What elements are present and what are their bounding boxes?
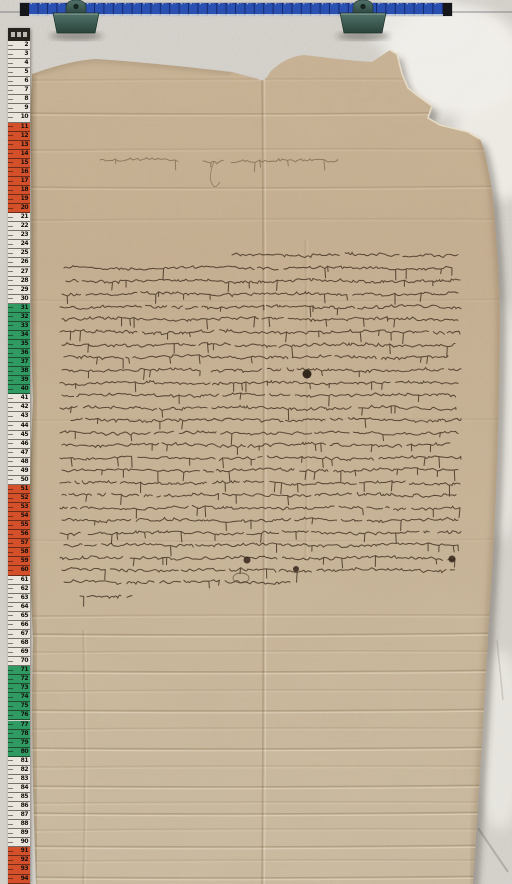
tape-cell: 71 <box>8 666 30 675</box>
tape-number: 73 <box>21 685 28 691</box>
tape-cell: 81 <box>8 757 30 766</box>
tape-number: 15 <box>21 160 28 166</box>
tape-cell: 47 <box>8 449 30 458</box>
tape-number: 38 <box>21 368 28 374</box>
tape-number: 43 <box>21 413 28 419</box>
tape-number: 45 <box>21 432 28 438</box>
tape-cell: 79 <box>8 739 30 748</box>
tape-number: 30 <box>21 296 28 302</box>
tape-number: 55 <box>21 522 28 528</box>
tape-number: 71 <box>21 667 28 673</box>
tape-cell: 65 <box>8 612 30 621</box>
tape-cell: 26 <box>8 258 30 267</box>
tape-cell: 9 <box>8 104 30 113</box>
tape-cell: 38 <box>8 367 30 376</box>
tape-number: 85 <box>21 794 28 800</box>
tape-cell: 83 <box>8 775 30 784</box>
tape-number: 94 <box>21 876 28 882</box>
tape-number: 22 <box>21 223 28 229</box>
tape-number: 34 <box>21 332 28 338</box>
tape-number: 33 <box>21 323 28 329</box>
tape-cell: 8 <box>8 95 30 104</box>
tape-cell: 74 <box>8 693 30 702</box>
tape-cell: 2 <box>8 41 30 50</box>
manuscript-paper <box>20 40 512 884</box>
tape-cell: 68 <box>8 639 30 648</box>
tape-cell: 85 <box>8 793 30 802</box>
tape-cell: 24 <box>8 240 30 249</box>
tape-cell: 88 <box>8 820 30 829</box>
tape-number: 40 <box>21 386 28 392</box>
tape-cell: 27 <box>8 268 30 277</box>
tape-cell: 3 <box>8 50 30 59</box>
tape-number: 46 <box>21 441 28 447</box>
tape-cell: 13 <box>8 141 30 150</box>
tape-cell: 21 <box>8 213 30 222</box>
tape-number: 56 <box>21 531 28 537</box>
tape-number: 70 <box>21 658 28 664</box>
tape-number: 27 <box>21 269 28 275</box>
tape-cell: 69 <box>8 648 30 657</box>
tape-number: 36 <box>21 350 28 356</box>
tape-number: 49 <box>21 468 28 474</box>
tape-number: 76 <box>21 712 28 718</box>
tape-cell: 70 <box>8 657 30 666</box>
tape-cell: 43 <box>8 412 30 421</box>
tape-cell: 72 <box>8 675 30 684</box>
tape-cell: 55 <box>8 521 30 530</box>
tape-number: 92 <box>21 857 28 863</box>
tape-cell: 92 <box>8 856 30 865</box>
tape-number: 48 <box>21 459 28 465</box>
tape-cell: 15 <box>8 159 30 168</box>
tape-number: 23 <box>21 232 28 238</box>
tape-cell: 73 <box>8 684 30 693</box>
tape-cell: 12 <box>8 132 30 141</box>
tape-number: 52 <box>21 495 28 501</box>
tape-cell: 16 <box>8 168 30 177</box>
tape-cell: 31 <box>8 304 30 313</box>
tape-cell: 93 <box>8 865 30 874</box>
tape-number: 50 <box>21 477 28 483</box>
tape-cell: 53 <box>8 503 30 512</box>
tape-number: 11 <box>21 124 28 130</box>
tape-cell: 33 <box>8 322 30 331</box>
tape-cell: 64 <box>8 603 30 612</box>
tape-cell: 77 <box>8 721 30 730</box>
tape-number: 7 <box>24 87 28 93</box>
tape-number: 89 <box>21 830 28 836</box>
ruler-end-cap-left <box>20 3 29 16</box>
tape-cell: 30 <box>8 295 30 304</box>
tape-cell: 87 <box>8 811 30 820</box>
tape-cell: 32 <box>8 313 30 322</box>
tape-number: 14 <box>21 151 28 157</box>
tape-number: 58 <box>21 549 28 555</box>
tape-cell: 62 <box>8 585 30 594</box>
tape-number: 24 <box>21 241 28 247</box>
tape-number: 68 <box>21 640 28 646</box>
tape-number: 81 <box>21 758 28 764</box>
tape-number: 35 <box>21 341 28 347</box>
tape-number: 41 <box>21 395 28 401</box>
tape-number: 37 <box>21 359 28 365</box>
tape-cell: 28 <box>8 277 30 286</box>
scene-svg <box>0 0 512 884</box>
tape-number: 78 <box>21 731 28 737</box>
tape-cell: 44 <box>8 422 30 431</box>
tape-number: 65 <box>21 613 28 619</box>
tape-number: 12 <box>21 133 28 139</box>
tape-number: 16 <box>21 169 28 175</box>
tape-cell: 46 <box>8 440 30 449</box>
tape-number: 6 <box>24 78 28 84</box>
tape-number: 32 <box>21 314 28 320</box>
tape-cell: 40 <box>8 385 30 394</box>
tape-cell: 48 <box>8 458 30 467</box>
tape-cell: 75 <box>8 702 30 711</box>
tape-number: 63 <box>21 595 28 601</box>
tape-number: 57 <box>21 540 28 546</box>
tape-cell: 22 <box>8 222 30 231</box>
tape-number: 62 <box>21 586 28 592</box>
tape-cell: 82 <box>8 766 30 775</box>
tape-cell: 61 <box>8 576 30 585</box>
tape-cell: 52 <box>8 494 30 503</box>
tape-number: 64 <box>21 604 28 610</box>
tape-cell: 63 <box>8 594 30 603</box>
tape-number: 18 <box>21 187 28 193</box>
tape-end-cap <box>8 28 30 41</box>
tape-cell: 89 <box>8 829 30 838</box>
tape-cell: 29 <box>8 286 30 295</box>
tape-number: 80 <box>21 749 28 755</box>
tape-number: 47 <box>21 450 28 456</box>
tape-number: 91 <box>21 848 28 854</box>
tape-cell: 84 <box>8 784 30 793</box>
tape-cell: 94 <box>8 875 30 884</box>
tape-number: 87 <box>21 812 28 818</box>
tape-cell: 17 <box>8 177 30 186</box>
tape-number: 26 <box>21 259 28 265</box>
tape-number: 5 <box>24 69 28 75</box>
tape-cell: 56 <box>8 530 30 539</box>
tape-cell: 25 <box>8 249 30 258</box>
tape-cell: 36 <box>8 349 30 358</box>
tape-cell: 91 <box>8 847 30 856</box>
tape-number: 42 <box>21 404 28 410</box>
tape-number: 28 <box>21 278 28 284</box>
tape-cell: 6 <box>8 77 30 86</box>
tape-cell: 58 <box>8 548 30 557</box>
tape-cell: 50 <box>8 476 30 485</box>
tape-number: 82 <box>21 767 28 773</box>
tape-cell: 4 <box>8 59 30 68</box>
tape-number: 61 <box>21 577 28 583</box>
tape-cell: 76 <box>8 711 30 720</box>
tape-cell: 80 <box>8 748 30 757</box>
tape-number: 39 <box>21 377 28 383</box>
tape-number: 75 <box>21 703 28 709</box>
tape-cell: 90 <box>8 838 30 847</box>
tape-cell: 66 <box>8 621 30 630</box>
tape-cell: 59 <box>8 557 30 566</box>
tape-number: 54 <box>21 513 28 519</box>
tape-cell: 86 <box>8 802 30 811</box>
tape-number: 67 <box>21 631 28 637</box>
tape-number: 88 <box>21 821 28 827</box>
tape-number: 74 <box>21 694 28 700</box>
tape-number: 83 <box>21 776 28 782</box>
tape-cell: 19 <box>8 195 30 204</box>
tape-number: 79 <box>21 740 28 746</box>
tape-cell: 10 <box>8 113 30 122</box>
tape-number: 2 <box>24 42 28 48</box>
tape-number: 90 <box>21 839 28 845</box>
tape-cell: 35 <box>8 340 30 349</box>
tape-cell: 23 <box>8 231 30 240</box>
tape-number: 20 <box>21 205 28 211</box>
tape-cell: 7 <box>8 86 30 95</box>
tape-cell: 49 <box>8 467 30 476</box>
tape-number: 21 <box>21 214 28 220</box>
tape-cell: 41 <box>8 394 30 403</box>
tape-number: 66 <box>21 622 28 628</box>
tape-number: 9 <box>24 105 28 111</box>
tape-number: 84 <box>21 785 28 791</box>
tape-number: 93 <box>21 866 28 872</box>
tape-number: 25 <box>21 250 28 256</box>
tape-number: 53 <box>21 504 28 510</box>
tape-cell: 67 <box>8 630 30 639</box>
tape-number: 8 <box>24 96 28 102</box>
tape-number: 59 <box>21 558 28 564</box>
tape-cell: 57 <box>8 539 30 548</box>
photo-scene: 2345678910111213141516171819202122232425… <box>0 0 512 884</box>
tape-cell: 37 <box>8 358 30 367</box>
tape-number: 10 <box>21 114 28 120</box>
tape-cell: 18 <box>8 186 30 195</box>
tape-cell: 5 <box>8 68 30 77</box>
tape-number: 44 <box>21 423 28 429</box>
tape-cell: 11 <box>8 123 30 132</box>
tape-number: 17 <box>21 178 28 184</box>
tape-number: 60 <box>21 567 28 573</box>
tape-number: 31 <box>21 305 28 311</box>
tape-cell: 14 <box>8 150 30 159</box>
ruler-end-cap-right <box>443 3 452 16</box>
tape-cell: 60 <box>8 566 30 575</box>
tape-number: 51 <box>21 486 28 492</box>
tape-number: 86 <box>21 803 28 809</box>
vertical-measuring-tape: 2345678910111213141516171819202122232425… <box>8 28 30 884</box>
tape-cell: 20 <box>8 204 30 213</box>
tape-cell: 54 <box>8 512 30 521</box>
tape-number: 4 <box>24 60 28 66</box>
tape-cell: 39 <box>8 376 30 385</box>
tape-number: 77 <box>21 722 28 728</box>
tape-number: 29 <box>21 287 28 293</box>
tape-number: 69 <box>21 649 28 655</box>
tape-cell: 78 <box>8 730 30 739</box>
tape-number: 13 <box>21 142 28 148</box>
tape-cell: 51 <box>8 485 30 494</box>
tape-number: 19 <box>21 196 28 202</box>
tape-cell: 34 <box>8 331 30 340</box>
tape-number: 3 <box>24 51 28 57</box>
tape-number: 72 <box>21 676 28 682</box>
tape-cell: 42 <box>8 403 30 412</box>
tape-cell: 45 <box>8 431 30 440</box>
